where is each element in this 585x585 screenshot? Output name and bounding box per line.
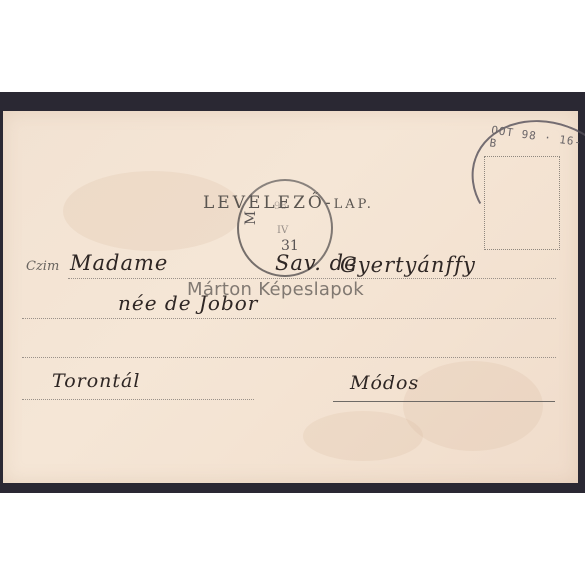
- postmark-letter: M: [243, 211, 259, 225]
- address-label: Czim: [26, 259, 59, 274]
- postmark-year: 98: [274, 201, 287, 212]
- postmark-month: IV: [277, 225, 288, 236]
- address-line-2: [22, 318, 556, 319]
- address-line-3: [22, 357, 556, 358]
- address-line-4-right: [333, 401, 555, 402]
- handwriting-county: Torontál: [52, 370, 140, 392]
- handwriting-town: Módos: [350, 372, 419, 394]
- handwriting-madame: Madame: [70, 251, 168, 275]
- watermark: Márton Képeslapok: [187, 279, 364, 300]
- handwriting-surname: Gyertyánffy: [340, 253, 476, 277]
- address-line-4: [22, 399, 254, 400]
